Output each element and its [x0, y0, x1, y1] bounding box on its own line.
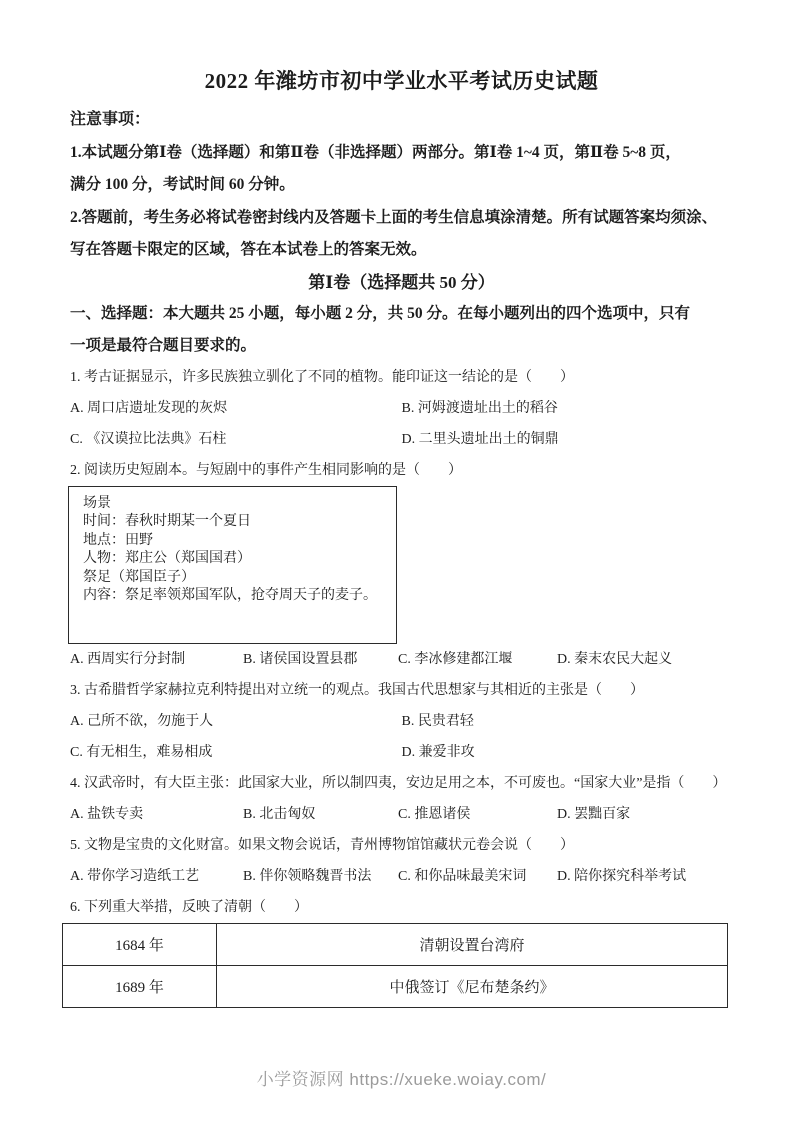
- script-line-character: 人物：郑庄公（郑国国君）: [83, 550, 396, 569]
- q1-option-a: A. 周口店遗址发现的灰烬: [70, 393, 402, 424]
- q4-option-d: D. 罢黜百家: [557, 799, 733, 830]
- section1-intro: 一、选择题：本大题共 25 小题，每小题 2 分，共 50 分。在每小题列出的四…: [70, 298, 733, 362]
- script-line-place: 地点：田野: [83, 532, 396, 551]
- q1-option-c: C. 《汉谟拉比法典》石柱: [70, 424, 402, 455]
- q5-option-b: B. 伴你领略魏晋书法: [243, 861, 398, 892]
- script-line-character-2: 祭足（郑国臣子）: [83, 569, 396, 588]
- q2-option-a: A. 西周实行分封制: [70, 644, 243, 675]
- q5-option-a: A. 带你学习造纸工艺: [70, 861, 243, 892]
- q4-stem: 4. 汉武帝时，有大臣主张：此国家大业，所以制四夷，安边足用之本，不可废也。“国…: [70, 768, 733, 799]
- q2-script-box: 场景 时间：春秋时期某一个夏日 地点：田野 人物：郑庄公（郑国国君） 祭足（郑国…: [68, 486, 397, 644]
- notice-item-2: 2.答题前，考生务必将试卷密封线内及答题卡上面的考生信息填涂清楚。所有试题答案均…: [70, 202, 733, 267]
- notice-1-line-1: 1.本试题分第Ⅰ卷（选择题）和第Ⅱ卷（非选择题）两部分。第Ⅰ卷 1~4 页，第Ⅱ…: [70, 137, 733, 170]
- q4-option-b: B. 北击匈奴: [243, 799, 398, 830]
- question-3: 3. 古希腊哲学家赫拉克利特提出对立统一的观点。我国古代思想家与其相近的主张是（…: [70, 675, 733, 768]
- q2-options-row: A. 西周实行分封制 B. 诸侯国设置县郡 C. 李冰修建都江堰 D. 秦末农民…: [70, 644, 733, 675]
- question-1: 1. 考古证据显示，许多民族独立驯化了不同的植物。能印证这一结论的是（ ） A.…: [70, 362, 733, 455]
- q3-option-c: C. 有无相生，难易相成: [70, 737, 402, 768]
- q3-stem: 3. 古希腊哲学家赫拉克利特提出对立统一的观点。我国古代思想家与其相近的主张是（…: [70, 675, 733, 706]
- page-footer: 小学资源网 https://xueke.woiay.com/: [70, 1070, 733, 1090]
- q6-table: 1684 年 清朝设置台湾府 1689 年 中俄签订《尼布楚条约》: [62, 923, 728, 1008]
- q1-stem: 1. 考古证据显示，许多民族独立驯化了不同的植物。能印证这一结论的是（ ）: [70, 362, 733, 393]
- q5-stem: 5. 文物是宝贵的文化财富。如果文物会说话，青州博物馆馆藏状元卷会说（ ）: [70, 830, 733, 861]
- q1-options-row-1: A. 周口店遗址发现的灰烬 B. 河姆渡遗址出土的稻谷: [70, 393, 733, 424]
- q1-option-d: D. 二里头遗址出土的铜鼎: [402, 424, 734, 455]
- q6-event-cell-2: 中俄签订《尼布楚条约》: [217, 965, 728, 1007]
- q2-option-b: B. 诸侯国设置县郡: [243, 644, 398, 675]
- notice-2-line-1: 2.答题前，考生务必将试卷密封线内及答题卡上面的考生信息填涂清楚。所有试题答案均…: [70, 202, 733, 235]
- q6-table-row-1: 1684 年 清朝设置台湾府: [63, 923, 728, 965]
- notice-2-line-2: 写在答题卡限定的区域，答在本试卷上的答案无效。: [70, 234, 733, 267]
- q3-option-d: D. 兼爱非攻: [402, 737, 734, 768]
- page-title: 2022 年潍坊市初中学业水平考试历史试题: [70, 66, 733, 96]
- footer-watermark-text: 小学资源网 https://xueke.woiay.com/: [257, 1070, 547, 1089]
- q4-option-a: A. 盐铁专卖: [70, 799, 243, 830]
- q1-option-b: B. 河姆渡遗址出土的稻谷: [402, 393, 734, 424]
- q6-stem: 6. 下列重大举措，反映了清朝（ ）: [70, 892, 733, 923]
- notice-heading: 注意事项：: [70, 104, 733, 137]
- question-5: 5. 文物是宝贵的文化财富。如果文物会说话，青州博物馆馆藏状元卷会说（ ） A.…: [70, 830, 733, 892]
- intro-line-1: 一、选择题：本大题共 25 小题，每小题 2 分，共 50 分。在每小题列出的四…: [70, 298, 733, 330]
- q6-event-cell-1: 清朝设置台湾府: [217, 923, 728, 965]
- q5-options-row: A. 带你学习造纸工艺 B. 伴你领略魏晋书法 C. 和你品味最美宋词 D. 陪…: [70, 861, 733, 892]
- notice-1-line-2: 满分 100 分，考试时间 60 分钟。: [70, 169, 733, 202]
- q4-option-c: C. 推恩诸侯: [398, 799, 557, 830]
- q4-options-row: A. 盐铁专卖 B. 北击匈奴 C. 推恩诸侯 D. 罢黜百家: [70, 799, 733, 830]
- q1-options-row-2: C. 《汉谟拉比法典》石柱 D. 二里头遗址出土的铜鼎: [70, 424, 733, 455]
- question-4: 4. 汉武帝时，有大臣主张：此国家大业，所以制四夷，安边足用之本，不可废也。“国…: [70, 768, 733, 830]
- q2-option-d: D. 秦末农民大起义: [557, 644, 733, 675]
- section1-heading: 第Ⅰ卷（选择题共 50 分）: [70, 267, 733, 298]
- q5-option-d: D. 陪你探究科举考试: [557, 861, 733, 892]
- q6-table-row-2: 1689 年 中俄签订《尼布楚条约》: [63, 965, 728, 1007]
- question-6: 6. 下列重大举措，反映了清朝（ ） 1684 年 清朝设置台湾府 1689 年…: [70, 892, 733, 1008]
- q3-options-row-2: C. 有无相生，难易相成 D. 兼爱非攻: [70, 737, 733, 768]
- script-line-content: 内容：祭足率领郑国军队，抢夺周天子的麦子。: [83, 587, 396, 606]
- q6-year-cell-2: 1689 年: [63, 965, 217, 1007]
- q3-option-a: A. 己所不欲，勿施于人: [70, 706, 402, 737]
- script-line-scene: 场景: [83, 495, 396, 514]
- q2-option-c: C. 李冰修建都江堰: [398, 644, 557, 675]
- exam-page: 2022 年潍坊市初中学业水平考试历史试题 注意事项： 1.本试题分第Ⅰ卷（选择…: [0, 0, 733, 1090]
- q2-stem: 2. 阅读历史短剧本。与短剧中的事件产生相同影响的是（ ）: [70, 455, 733, 486]
- intro-line-2: 一项是最符合题目要求的。: [70, 330, 733, 362]
- q6-year-cell-1: 1684 年: [63, 923, 217, 965]
- question-2: 2. 阅读历史短剧本。与短剧中的事件产生相同影响的是（ ） 场景 时间：春秋时期…: [70, 455, 733, 675]
- q3-options-row-1: A. 己所不欲，勿施于人 B. 民贵君轻: [70, 706, 733, 737]
- q5-option-c: C. 和你品味最美宋词: [398, 861, 557, 892]
- notice-item-1: 1.本试题分第Ⅰ卷（选择题）和第Ⅱ卷（非选择题）两部分。第Ⅰ卷 1~4 页，第Ⅱ…: [70, 137, 733, 202]
- script-line-time: 时间：春秋时期某一个夏日: [83, 513, 396, 532]
- q3-option-b: B. 民贵君轻: [402, 706, 734, 737]
